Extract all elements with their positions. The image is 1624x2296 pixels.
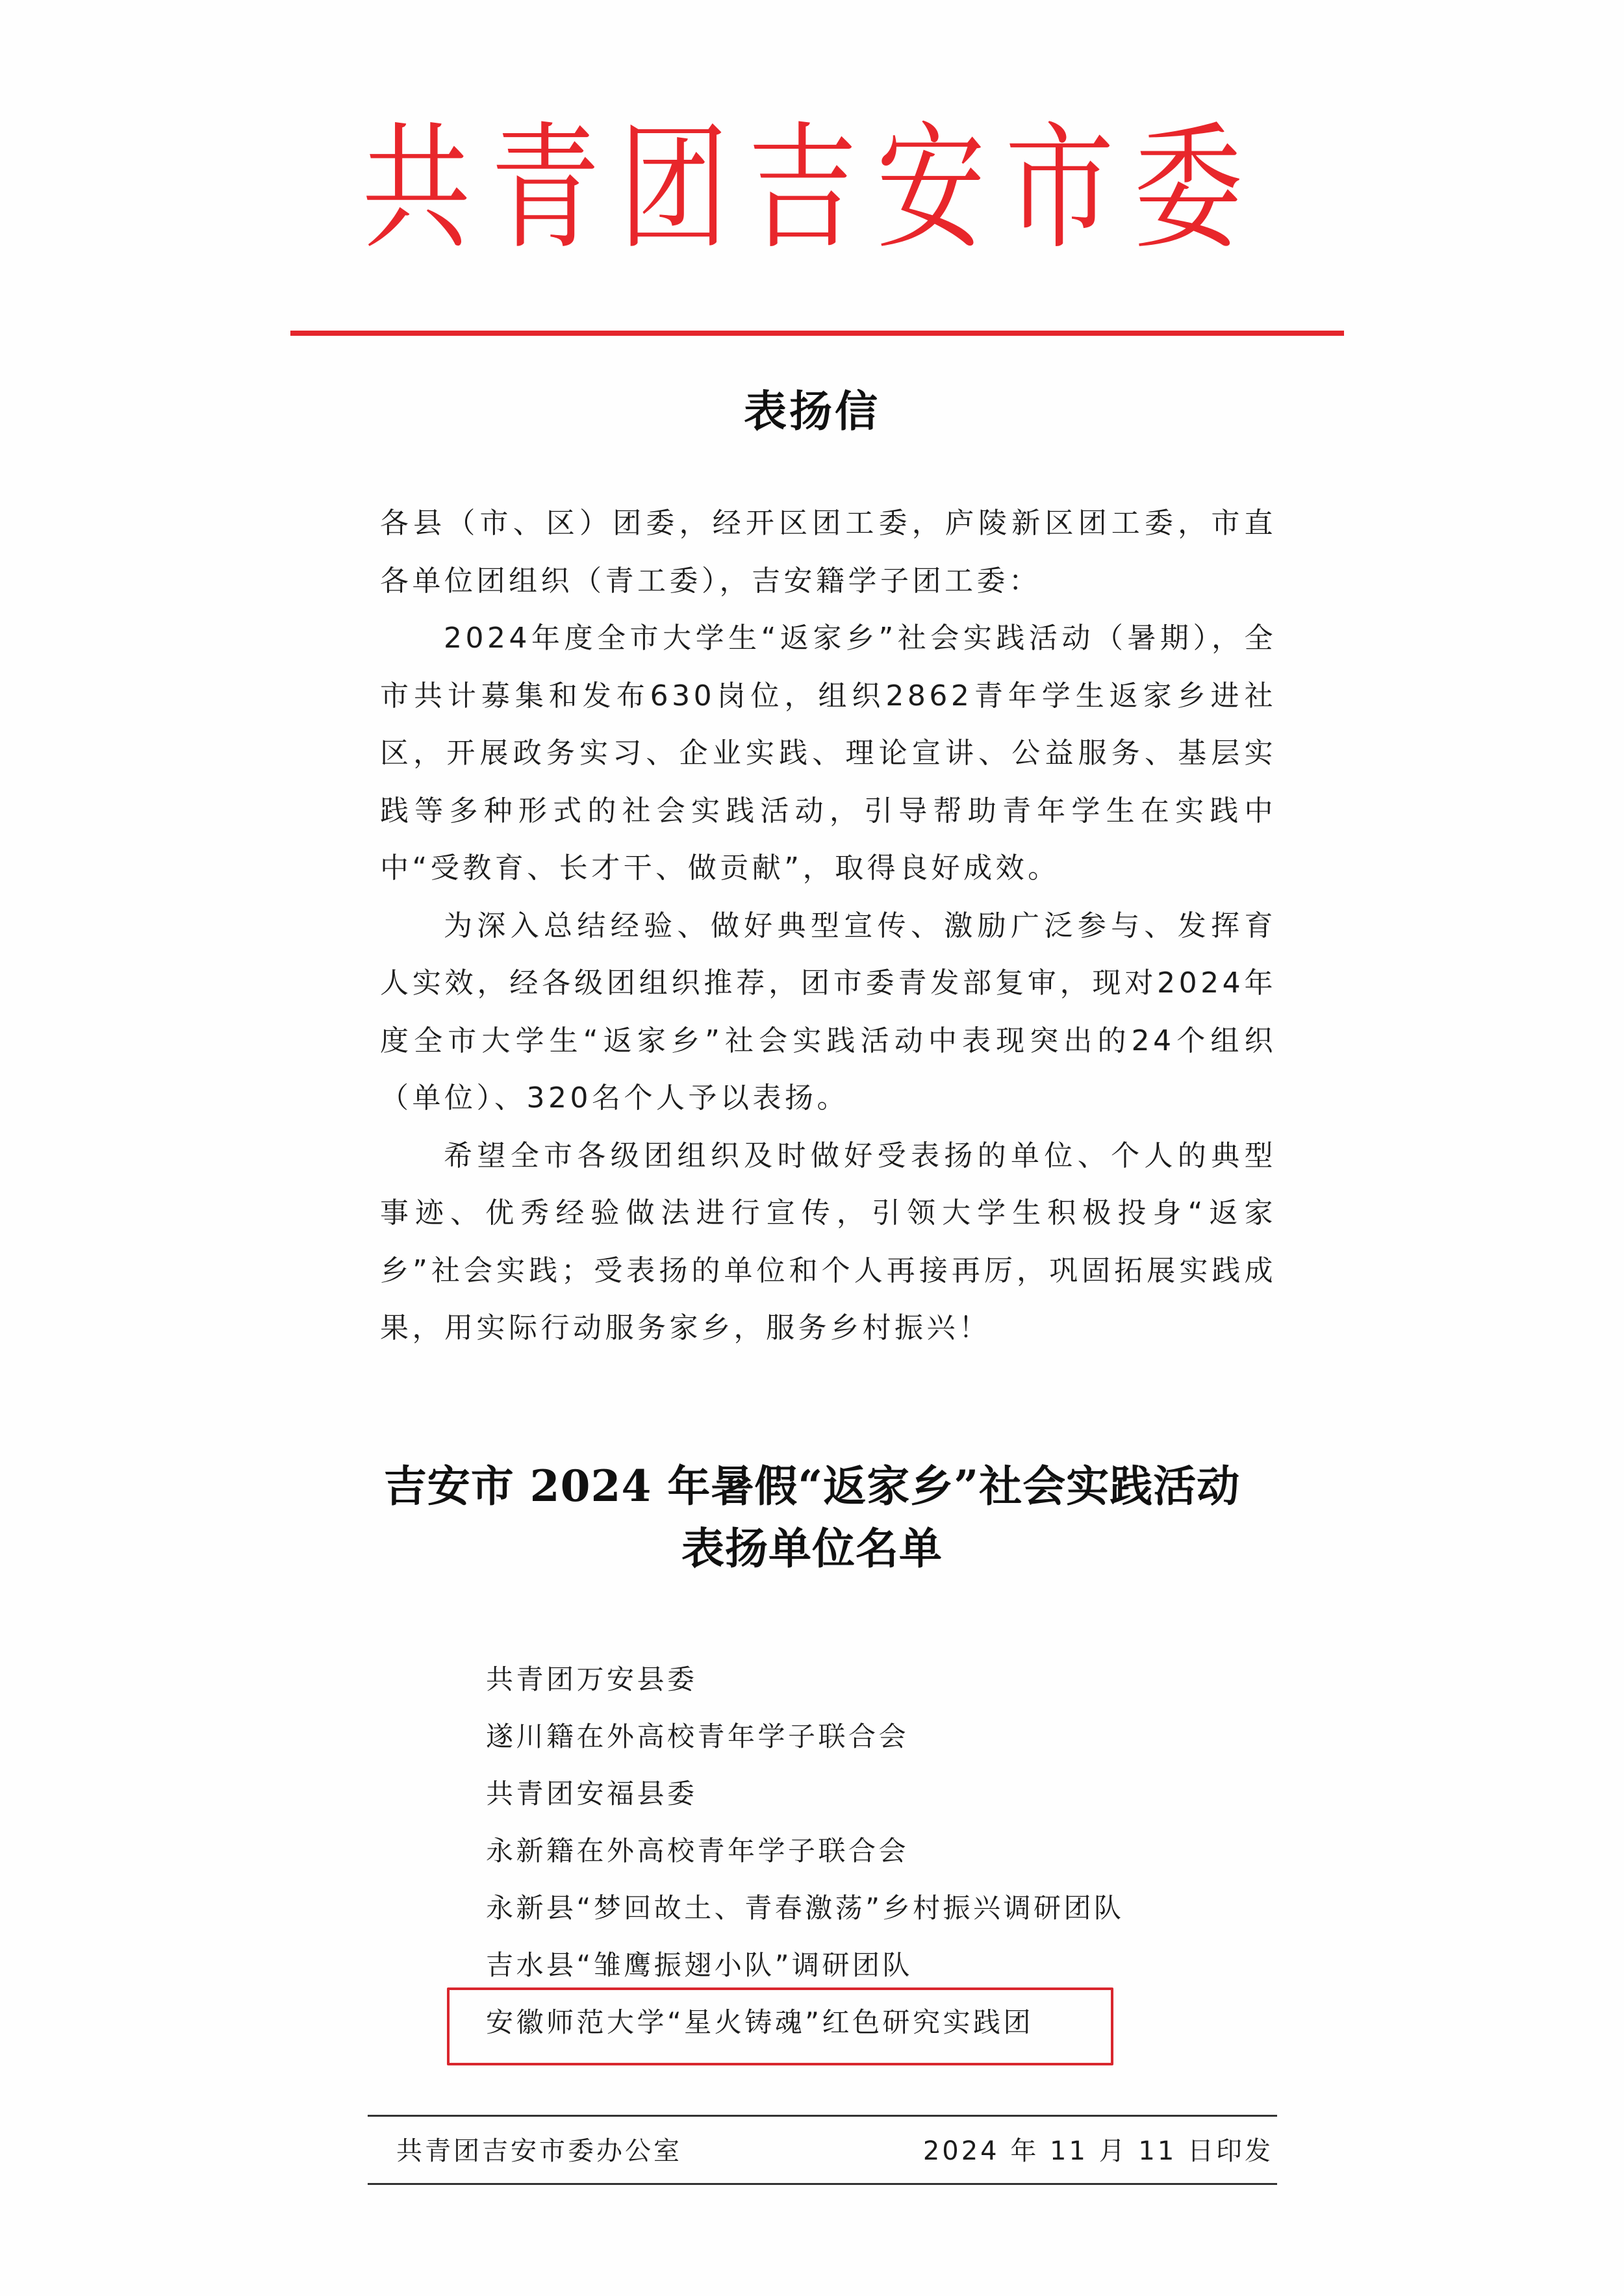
commended-list-title-line1: 吉安市 2024 年暑假“返家乡”社会实践活动 (0, 1455, 1624, 1517)
unit-list-item: 共青团安福县委 (486, 1774, 1124, 1832)
commended-list-title: 吉安市 2024 年暑假“返家乡”社会实践活动 表扬单位名单 (0, 1455, 1624, 1580)
footer-issue-date: 2024 年 11 月 11 日印发 (923, 2132, 1273, 2171)
document-page: 共青团吉安市委 表扬信 各县（市、区）团委，经开区团工委，庐陵新区团工委，市直各… (0, 0, 1624, 2296)
footer-rule-top (368, 2115, 1277, 2117)
footer-issuer: 共青团吉安市委办公室 (396, 2132, 682, 2171)
unit-list-item: 永新籍在外高校青年学子联合会 (486, 1832, 1124, 1889)
letter-paragraph-2: 为深入总结经验、做好典型宣传、激励广泛参与、发挥育人实效，经各级团组织推荐，团市… (380, 898, 1276, 1128)
letter-salutation: 各县（市、区）团委，经开区团工委，庐陵新区团工委，市直各单位团组织（青工委），吉… (380, 495, 1276, 610)
letter-body: 各县（市、区）团委，经开区团工委，庐陵新区团工委，市直各单位团组织（青工委），吉… (380, 495, 1276, 1357)
masthead-red-rule (290, 331, 1344, 336)
unit-list-item: 永新县“梦回故土、青春激荡”乡村振兴调研团队 (486, 1889, 1124, 1946)
footer-rule-bottom (368, 2183, 1277, 2185)
letter-title: 表扬信 (0, 382, 1624, 440)
highlight-box (447, 1987, 1113, 2065)
commended-list-title-line2: 表扬单位名单 (0, 1517, 1624, 1580)
unit-list-item: 共青团万安县委 (486, 1660, 1124, 1717)
letter-paragraph-3: 希望全市各级团组织及时做好受表扬的单位、个人的典型事迹、优秀经验做法进行宣传，引… (380, 1128, 1276, 1357)
masthead-title: 共青团吉安市委 (338, 107, 1286, 270)
letter-paragraph-1: 2024年度全市大学生“返家乡”社会实践活动（暑期），全市共计募集和发布630岗… (380, 610, 1276, 898)
unit-list-item: 遂川籍在外高校青年学子联合会 (486, 1717, 1124, 1774)
